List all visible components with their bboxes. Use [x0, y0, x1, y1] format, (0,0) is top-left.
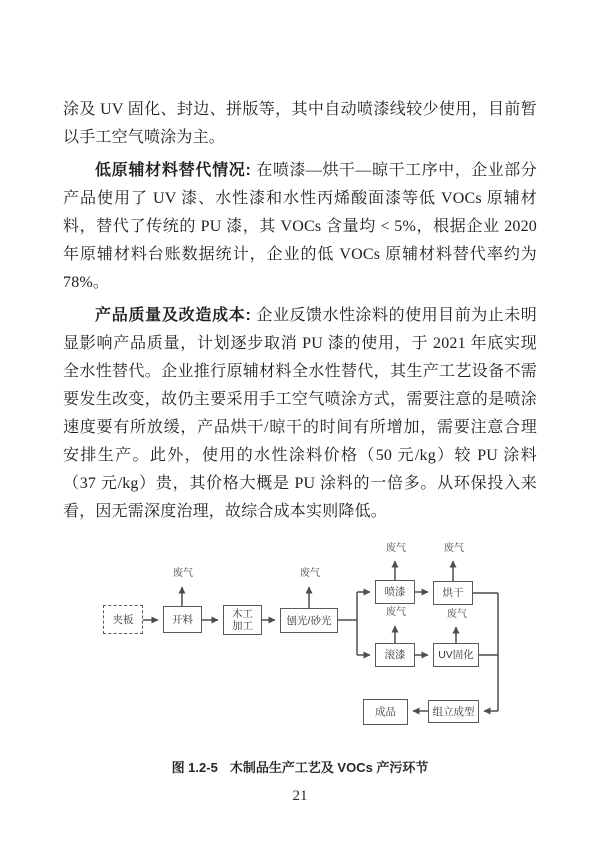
waste-gas-label: 废气	[447, 609, 467, 621]
document-page: 涂及 UV 固化、封边、拼版等，其中自动喷漆线较少使用，目前暂以手工空气喷涂为主…	[0, 0, 600, 848]
paragraph-lead: 低原辅材料替代情况:	[95, 162, 256, 179]
paragraph-text: 在喷漆—烘干—晾干工序中，企业部分产品使用了 UV 漆、水性漆和水性丙烯酸面漆等…	[63, 162, 537, 291]
page-number: 21	[63, 788, 537, 805]
flow-node-cutting: 开料	[163, 606, 202, 633]
flow-node-uv-curing: UV固化	[433, 643, 479, 667]
flow-node-assembly: 组立成型	[428, 700, 479, 723]
waste-gas-label: 废气	[300, 568, 320, 580]
flow-node-planing-sanding: 刨光/砂光	[280, 608, 338, 633]
waste-gas-label: 废气	[386, 543, 406, 555]
flow-node-woodworking: 木工加工	[223, 605, 262, 635]
paragraph-text: 企业反馈水性涂料的使用目前为止未明显影响产品质量，计划逐步取消 PU 漆的使用，…	[63, 307, 537, 520]
process-flowchart: 废气 废气 废气 废气 废气 废气 夹板 开料 木工加工 刨光/砂光 喷漆 烘干…	[95, 540, 515, 740]
flow-node-finished-product: 成品	[363, 699, 408, 725]
paragraph: 涂及 UV 固化、封边、拼版等，其中自动喷漆线较少使用，目前暂以手工空气喷涂为主…	[63, 96, 537, 152]
waste-gas-label: 废气	[386, 607, 406, 619]
paragraph: 产品质量及改造成本: 企业反馈水性涂料的使用目前为止未明显影响产品质量，计划逐步…	[63, 302, 537, 526]
waste-gas-label: 废气	[444, 543, 464, 555]
flow-node-spray-painting: 喷漆	[375, 580, 415, 604]
paragraph-lead: 产品质量及改造成本:	[95, 307, 256, 324]
figure-caption-title: 木制品生产工艺及 VOCs 产污环节	[230, 760, 429, 775]
figure-caption: 图 1.2-5木制品生产工艺及 VOCs 产污环节	[63, 757, 537, 776]
figure-caption-label: 图 1.2-5	[172, 760, 218, 775]
flow-node-roller-painting: 滚漆	[375, 643, 415, 667]
flow-node-plywood: 夹板	[103, 605, 143, 634]
waste-gas-label: 废气	[173, 568, 193, 580]
flow-node-drying: 烘干	[433, 581, 473, 605]
paragraph-text: 涂及 UV 固化、封边、拼版等，其中自动喷漆线较少使用，目前暂以手工空气喷涂为主…	[63, 101, 537, 146]
paragraph: 低原辅材料替代情况: 在喷漆—烘干—晾干工序中，企业部分产品使用了 UV 漆、水…	[63, 157, 537, 297]
